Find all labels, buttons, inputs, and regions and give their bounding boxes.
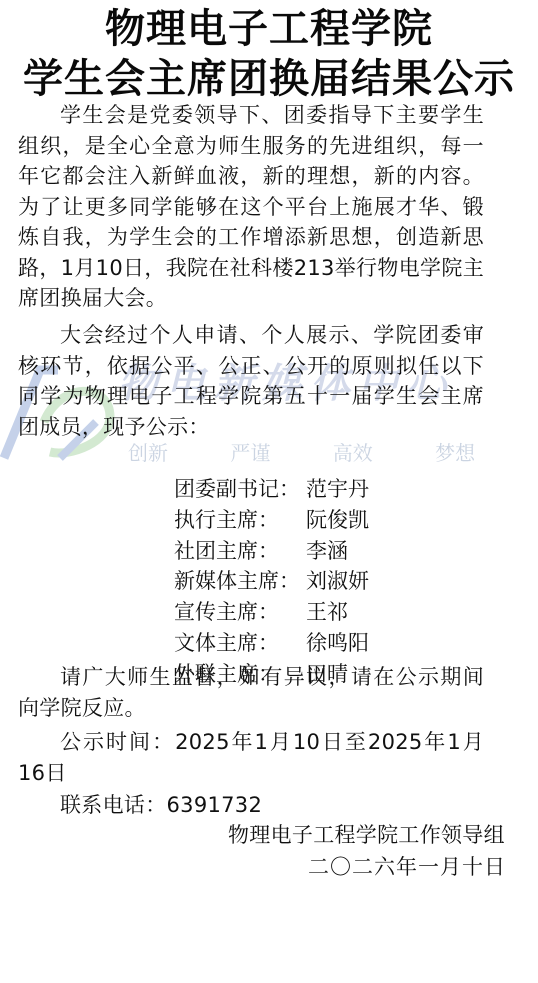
roster-role: 团委副书记：: [174, 474, 306, 505]
roster-row: 团委副书记：范宇丹: [174, 474, 369, 505]
period-paragraph: 公示时间：2025年1月10日至2025年1月16日: [18, 727, 484, 788]
roster-role: 社团主席：: [174, 536, 306, 567]
signature-organization: 物理电子工程学院工作领导组: [228, 820, 505, 850]
roster-list: 团委副书记：范宇丹 执行主席：阮俊凯 社团主席：李涵 新媒体主席：刘淑妍 宣传主…: [174, 474, 369, 690]
contact-paragraph: 联系电话：6391732: [18, 790, 484, 821]
roster-role: 文体主席：: [174, 628, 306, 659]
roster-row: 执行主席：阮俊凯: [174, 505, 369, 536]
roster-row: 宣传主席：王祁: [174, 597, 369, 628]
roster-role: 宣传主席：: [174, 597, 306, 628]
intro-paragraph: 学生会是党委领导下、团委指导下主要学生组织，是全心全意为师生服务的先进组织，每一…: [18, 100, 484, 314]
roster-name: 刘淑妍: [306, 566, 369, 597]
document-title: 物理电子工程学院: [0, 6, 538, 52]
signature-date: 二〇二六年一月十日: [308, 852, 506, 882]
roster-name: 阮俊凯: [306, 505, 369, 536]
roster-row: 文体主席：徐鸣阳: [174, 628, 369, 659]
roster-name: 王祁: [306, 597, 348, 628]
roster-name: 李涵: [306, 536, 348, 567]
document-subtitle: 学生会主席团换届结果公示: [0, 56, 538, 102]
roster-row: 社团主席：李涵: [174, 536, 369, 567]
process-paragraph: 大会经过个人申请、个人展示、学院团委审核环节，依据公平、公正、公开的原则拟任以下…: [18, 320, 484, 442]
roster-row: 新媒体主席：刘淑妍: [174, 566, 369, 597]
roster-role: 执行主席：: [174, 505, 306, 536]
supervision-paragraph: 请广大师生监督，如有异议，请在公示期间向学院反应。: [18, 662, 484, 723]
roster-role: 新媒体主席：: [174, 566, 306, 597]
roster-name: 徐鸣阳: [306, 628, 369, 659]
roster-name: 范宇丹: [306, 474, 369, 505]
